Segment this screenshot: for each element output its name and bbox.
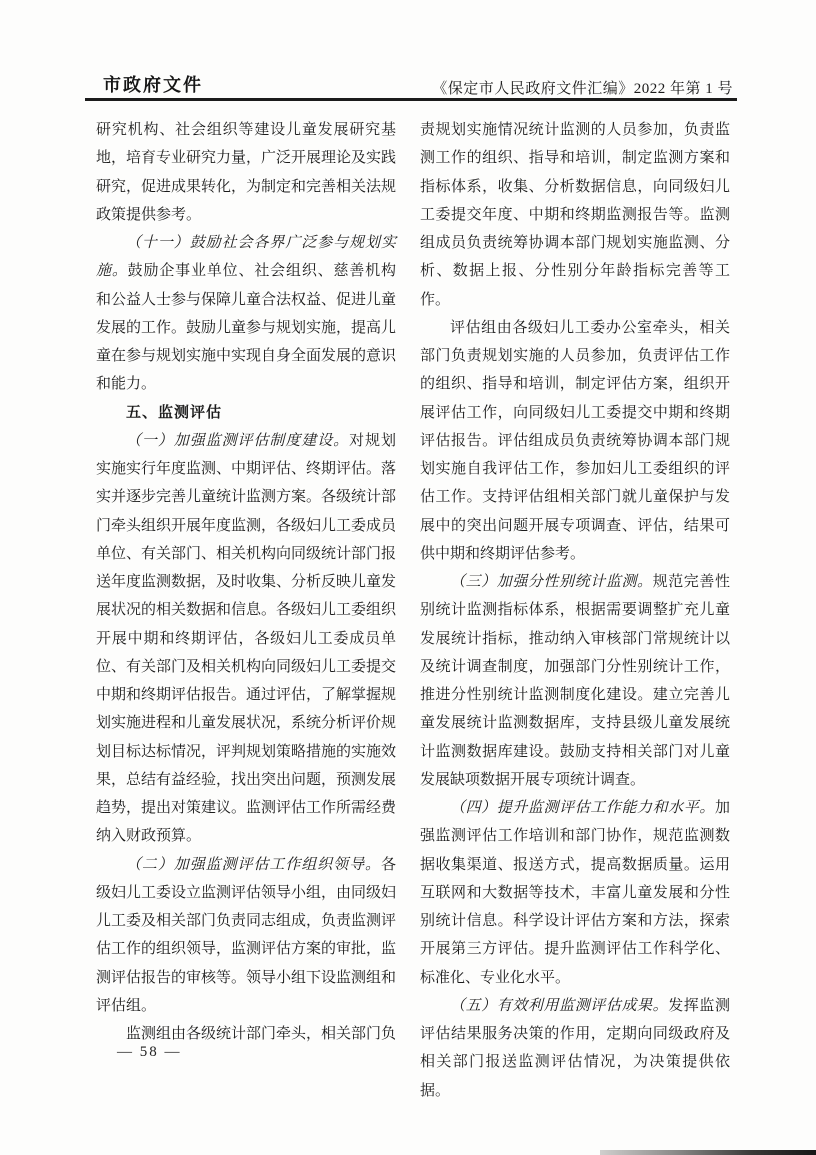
paragraph-item-11: （十一）鼓励社会各界广泛参与规划实施。鼓励企事业单位、社会组织、慈善机构和公益人… [96,229,396,399]
paragraph-lead: （三）加强分性别统计监测。 [450,574,653,590]
paragraph-item-2: （二）加强监测评估工作组织领导。各级妇儿工委设立监测评估领导小组，由同级妇儿工委… [96,851,396,1021]
header-section-title: 市政府文件 [103,71,203,97]
scanned-document-page: 市政府文件 《保定市人民政府文件汇编》2022 年第 1 号 研究机构、社会组织… [0,0,816,1155]
section-heading: 五、监测评估 [96,399,396,427]
paragraph-lead: （一）加强监测评估制度建设。 [126,433,349,449]
paragraph-continuation: 研究机构、社会组织等建设儿童发展研究基地，培育专业研究力量，广泛开展理论及实践研… [96,116,396,229]
paragraph-body: 对规划实施实行年度监测、中期评估、终期评估。落实并逐步完善儿童统计监测方案。各级… [96,433,396,845]
left-column: 研究机构、社会组织等建设儿童发展研究基地，培育专业研究力量，广泛开展理论及实践研… [96,116,396,1048]
paragraph-body: 加强监测评估工作培训和部门协作，规范监测数据收集渠道、报送方式，提高数据质量。运… [420,800,730,986]
right-column: 责规划实施情况统计监测的人员参加，负责监测工作的组织、指导和培训，制定监测方案和… [420,116,730,1105]
paragraph: 评估组由各级妇儿工委办公室牵头，相关部门负责规划实施的人员参加，负责评估工作的组… [420,314,730,568]
page-number: — 58 — [117,1044,182,1061]
paragraph-lead: （二）加强监测评估工作组织领导。 [126,857,381,873]
paragraph-continuation: 责规划实施情况统计监测的人员参加，负责监测工作的组织、指导和培训，制定监测方案和… [420,116,730,314]
paragraph-lead: （四）提升监测评估工作能力和水平。 [450,800,715,816]
paragraph-item-3: （三）加强分性别统计监测。规范完善性别统计监测指标体系，根据需要调整扩充儿童发展… [420,568,730,794]
scan-artifact-strip [600,1150,816,1155]
paragraph-item-4: （四）提升监测评估工作能力和水平。加强监测评估工作培训和部门协作，规范监测数据收… [420,794,730,992]
header-publication-title: 《保定市人民政府文件汇编》2022 年第 1 号 [432,77,733,98]
paragraph-body: 鼓励企事业单位、社会组织、慈善机构和公益人士参与保障儿童合法权益、促进儿童发展的… [96,263,396,392]
paragraph-lead: （五）有效利用监测评估成果。 [450,998,668,1014]
paragraph-body: 规范完善性别统计监测指标体系，根据需要调整扩充儿童发展统计指标，推动纳入审核部门… [420,574,730,788]
paragraph-body: 各级妇儿工委设立监测评估领导小组，由同级妇儿工委及相关部门负责同志组成，负责监测… [96,857,396,1014]
header-rule [85,98,737,101]
paragraph-item-5: （五）有效利用监测评估成果。发挥监测评估结果服务决策的作用，定期向同级政府及相关… [420,992,730,1105]
paragraph-item-1: （一）加强监测评估制度建设。对规划实施实行年度监测、中期评估、终期评估。落实并逐… [96,427,396,851]
